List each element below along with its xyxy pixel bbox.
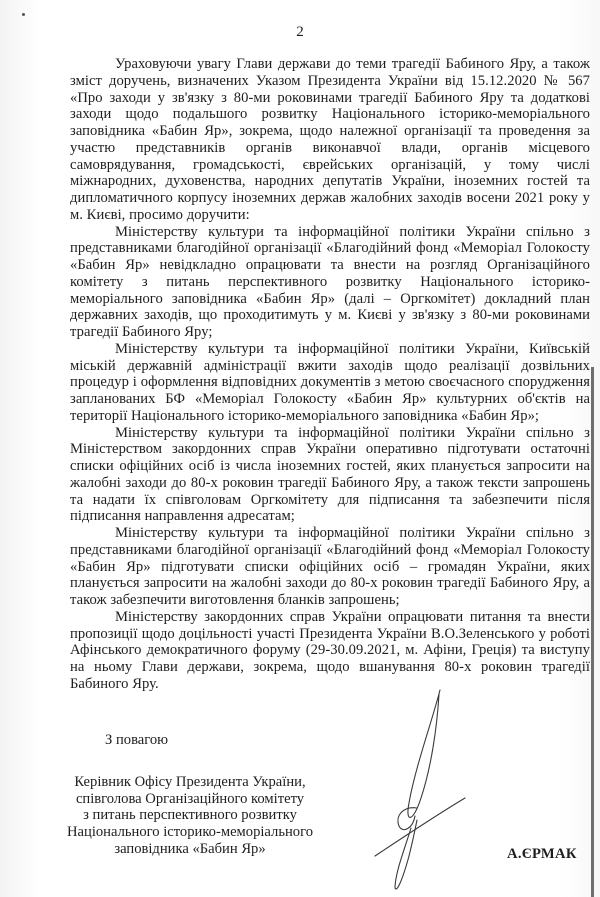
signer-title-block: Керівник Офісу Президента України, співг… [40,774,340,858]
paragraph-intro: Ураховуючи увагу Глави держави до теми т… [70,56,590,224]
signer-title-line: співголова Організаційного комітету [40,791,340,808]
paragraph-instruction-permits: Міністерству культури та інформаційної п… [70,341,590,425]
paragraph-instruction-athens-forum: Міністерству закордонних справ України о… [70,609,590,693]
scan-edge-shadow [591,367,594,897]
paragraph-instruction-foreign-guests: Міністерству культури та інформаційної п… [70,425,590,526]
letter-body: Ураховуючи увагу Глави держави до теми т… [70,56,590,693]
paragraph-instruction-plan: Міністерству культури та інформаційної п… [70,224,590,341]
closing-salutation: З повагою [105,732,168,749]
signer-title-line: Національного історико-меморіального [40,824,340,841]
signer-name: А.ЄРМАК [507,846,577,863]
handwritten-signature-icon [365,688,485,893]
scan-speck [22,13,25,16]
signer-title-line: з питань перспективного розвитку [40,807,340,824]
signer-title-line: заповідника «Бабин Яр» [40,841,340,858]
paragraph-instruction-citizen-guests: Міністерству культури та інформаційної п… [70,525,590,609]
page-number: 2 [0,24,600,41]
signer-title-line: Керівник Офісу Президента України, [40,774,340,791]
